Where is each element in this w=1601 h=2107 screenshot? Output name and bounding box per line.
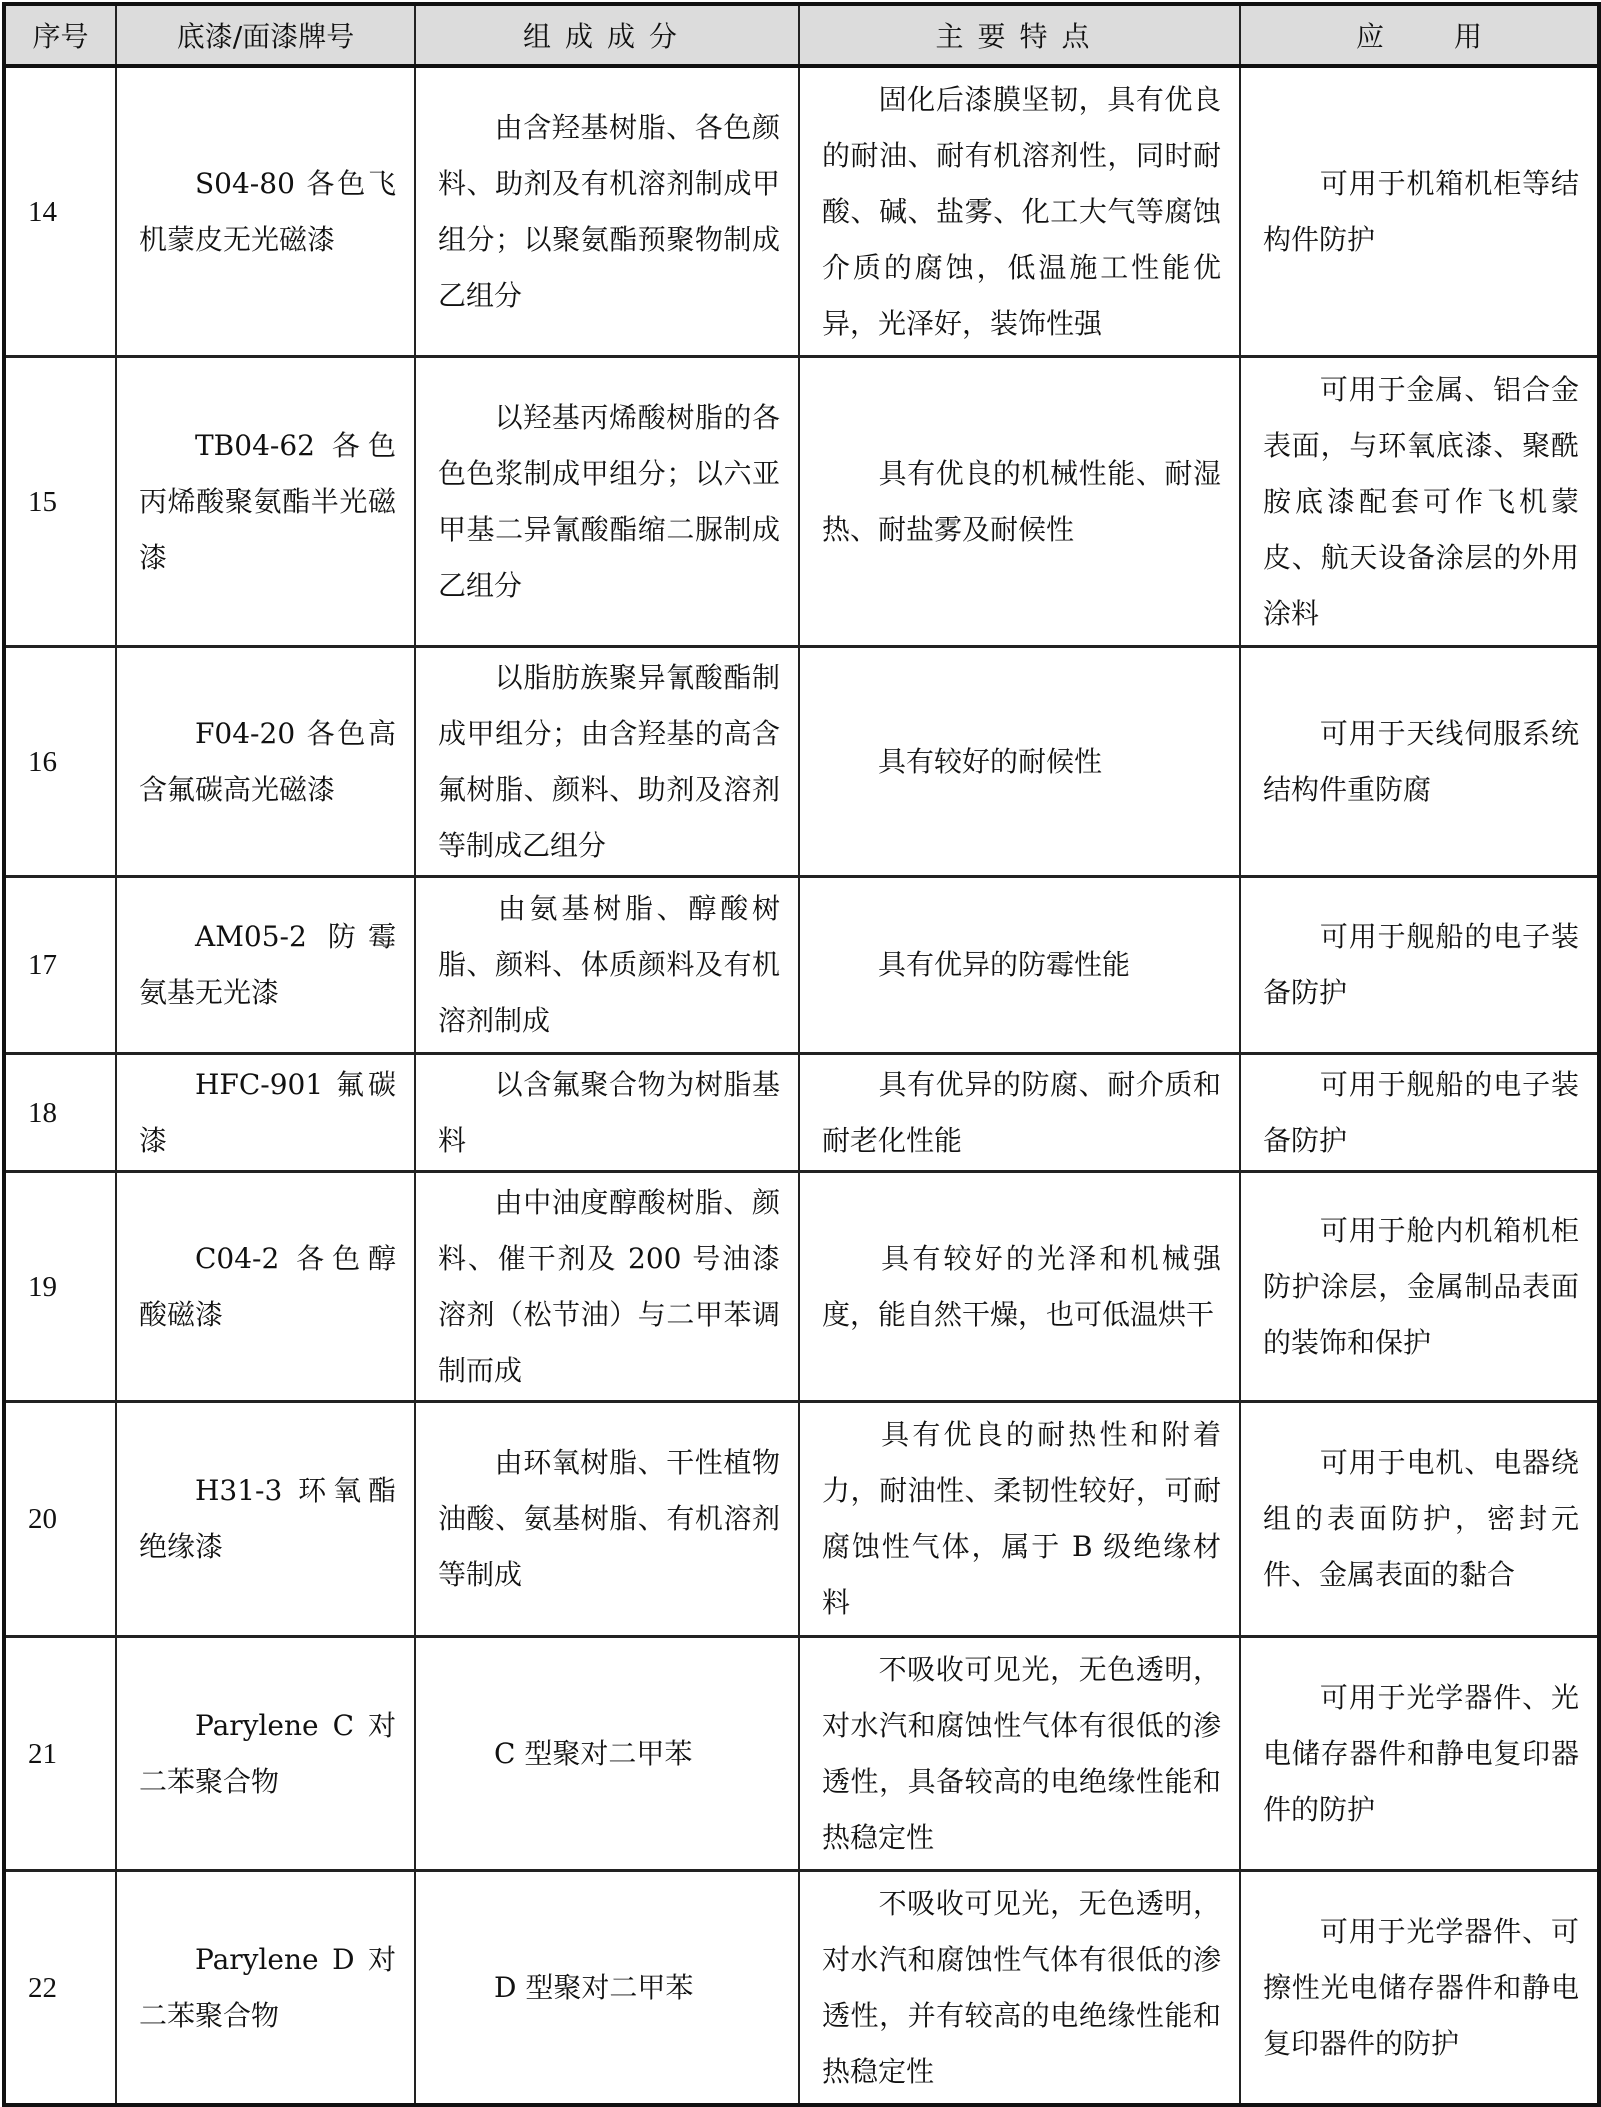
- header-name: 底漆/面漆牌号: [116, 4, 415, 66]
- cell-features: 具有优良的机械性能、耐湿热、耐盐雾及耐候性: [799, 357, 1240, 647]
- cell-application: 可用于金属、铝合金表面，与环氧底漆、聚酰胺底漆配套可作飞机蒙皮、航天设备涂层的外…: [1240, 357, 1599, 647]
- table-row: 16 F04-20 各色高含氟碳高光磁漆 以脂肪族聚异氰酸酯制成甲组分；由含羟基…: [4, 647, 1599, 877]
- cell-name: H31-3 环氧酯绝缘漆: [116, 1402, 415, 1637]
- cell-name: C04-2 各色醇酸磁漆: [116, 1172, 415, 1402]
- cell-features: 固化后漆膜坚韧，具有优良的耐油、耐有机溶剂性，同时耐酸、碱、盐雾、化工大气等腐蚀…: [799, 66, 1240, 357]
- cell-name: Parylene D 对二苯聚合物: [116, 1871, 415, 2106]
- header-row: 序号 底漆/面漆牌号 组成成分 主要特点 应用: [4, 4, 1599, 66]
- cell-name-text: Parylene C 对二苯聚合物: [139, 1709, 396, 1798]
- cell-name-text: Parylene D 对二苯聚合物: [139, 1943, 396, 2032]
- cell-composition: 由含羟基树脂、各色颜料、助剂及有机溶剂制成甲组分；以聚氨酯预聚物制成乙组分: [415, 66, 799, 357]
- header-application: 应用: [1240, 4, 1599, 66]
- cell-no: 22: [4, 1871, 116, 2106]
- cell-name-text: H31-3 环氧酯绝缘漆: [139, 1474, 396, 1563]
- header-features: 主要特点: [799, 4, 1240, 66]
- cell-application-text: 可用于金属、铝合金表面，与环氧底漆、聚酰胺底漆配套可作飞机蒙皮、航天设备涂层的外…: [1263, 373, 1579, 630]
- cell-application-text: 可用于电机、电器绕组的表面防护，密封元件、金属表面的黏合: [1263, 1446, 1579, 1591]
- cell-features-text: 具有优良的耐热性和附着力，耐油性、柔韧性较好，可耐腐蚀性气体，属于 B 级绝缘材…: [822, 1418, 1221, 1619]
- cell-features: 不吸收可见光，无色透明，对水汽和腐蚀性气体有很低的渗透性，具备较高的电绝缘性能和…: [799, 1637, 1240, 1871]
- cell-composition: C 型聚对二甲苯: [415, 1637, 799, 1871]
- cell-application: 可用于舱内机箱机柜防护涂层，金属制品表面的装饰和保护: [1240, 1172, 1599, 1402]
- cell-composition: 由氨基树脂、醇酸树脂、颜料、体质颜料及有机溶剂制成: [415, 877, 799, 1054]
- cell-features-text: 具有优异的防霉性能: [878, 948, 1130, 981]
- cell-application: 可用于天线伺服系统结构件重防腐: [1240, 647, 1599, 877]
- coating-spec-table: 序号 底漆/面漆牌号 组成成分 主要特点 应用 14 S04-80 各色飞机蒙皮…: [2, 2, 1601, 2107]
- cell-features-text: 不吸收可见光，无色透明，对水汽和腐蚀性气体有很低的渗透性，并有较高的电绝缘性能和…: [822, 1887, 1221, 2088]
- cell-application: 可用于电机、电器绕组的表面防护，密封元件、金属表面的黏合: [1240, 1402, 1599, 1637]
- table-header: 序号 底漆/面漆牌号 组成成分 主要特点 应用: [4, 4, 1599, 66]
- cell-application-text: 可用于舰船的电子装备防护: [1263, 1068, 1579, 1157]
- cell-no: 20: [4, 1402, 116, 1637]
- cell-features-text: 具有较好的光泽和机械强度，能自然干燥，也可低温烘干: [822, 1242, 1221, 1331]
- cell-composition-text: 以脂肪族聚异氰酸酯制成甲组分；由含羟基的高含氟树脂、颜料、助剂及溶剂等制成乙组分: [438, 661, 780, 862]
- cell-name-text: HFC-901 氟碳漆: [139, 1068, 396, 1157]
- cell-name: S04-80 各色飞机蒙皮无光磁漆: [116, 66, 415, 357]
- table-row: 21 Parylene C 对二苯聚合物 C 型聚对二甲苯 不吸收可见光，无色透…: [4, 1637, 1599, 1871]
- cell-name-text: S04-80 各色飞机蒙皮无光磁漆: [139, 167, 396, 256]
- cell-composition: 以脂肪族聚异氰酸酯制成甲组分；由含羟基的高含氟树脂、颜料、助剂及溶剂等制成乙组分: [415, 647, 799, 877]
- cell-features: 具有优异的防腐、耐介质和耐老化性能: [799, 1054, 1240, 1172]
- document-page: 序号 底漆/面漆牌号 组成成分 主要特点 应用 14 S04-80 各色飞机蒙皮…: [0, 0, 1601, 2107]
- table-body: 14 S04-80 各色飞机蒙皮无光磁漆 由含羟基树脂、各色颜料、助剂及有机溶剂…: [4, 66, 1599, 2105]
- cell-features: 具有较好的光泽和机械强度，能自然干燥，也可低温烘干: [799, 1172, 1240, 1402]
- cell-application-text: 可用于舱内机箱机柜防护涂层，金属制品表面的装饰和保护: [1263, 1214, 1579, 1359]
- cell-composition-text: 以羟基丙烯酸树脂的各色色浆制成甲组分；以六亚甲基二异氰酸酯缩二脲制成乙组分: [438, 401, 780, 602]
- table-row: 20 H31-3 环氧酯绝缘漆 由环氧树脂、干性植物油酸、氨基树脂、有机溶剂等制…: [4, 1402, 1599, 1637]
- cell-composition: 由中油度醇酸树脂、颜料、催干剂及 200 号油漆溶剂（松节油）与二甲苯调制而成: [415, 1172, 799, 1402]
- cell-features-text: 不吸收可见光，无色透明，对水汽和腐蚀性气体有很低的渗透性，具备较高的电绝缘性能和…: [822, 1653, 1221, 1854]
- cell-composition: 由环氧树脂、干性植物油酸、氨基树脂、有机溶剂等制成: [415, 1402, 799, 1637]
- cell-name-text: F04-20 各色高含氟碳高光磁漆: [139, 717, 396, 806]
- cell-composition-text: 由氨基树脂、醇酸树脂、颜料、体质颜料及有机溶剂制成: [438, 892, 780, 1037]
- table-row: 14 S04-80 各色飞机蒙皮无光磁漆 由含羟基树脂、各色颜料、助剂及有机溶剂…: [4, 66, 1599, 357]
- cell-features-text: 具有优良的机械性能、耐湿热、耐盐雾及耐候性: [822, 457, 1221, 546]
- header-composition: 组成成分: [415, 4, 799, 66]
- cell-application-text: 可用于机箱机柜等结构件防护: [1263, 167, 1579, 256]
- table-row: 15 TB04-62 各色丙烯酸聚氨酯半光磁漆 以羟基丙烯酸树脂的各色色浆制成甲…: [4, 357, 1599, 647]
- cell-composition: 以羟基丙烯酸树脂的各色色浆制成甲组分；以六亚甲基二异氰酸酯缩二脲制成乙组分: [415, 357, 799, 647]
- cell-application: 可用于舰船的电子装备防护: [1240, 877, 1599, 1054]
- cell-no: 14: [4, 66, 116, 357]
- cell-application-text: 可用于光学器件、可擦性光电储存器件和静电复印器件的防护: [1263, 1915, 1579, 2060]
- cell-features: 具有较好的耐候性: [799, 647, 1240, 877]
- header-no: 序号: [4, 4, 116, 66]
- cell-composition-text: D 型聚对二甲苯: [494, 1971, 693, 2004]
- cell-no: 16: [4, 647, 116, 877]
- table-row: 19 C04-2 各色醇酸磁漆 由中油度醇酸树脂、颜料、催干剂及 200 号油漆…: [4, 1172, 1599, 1402]
- cell-features: 不吸收可见光，无色透明，对水汽和腐蚀性气体有很低的渗透性，并有较高的电绝缘性能和…: [799, 1871, 1240, 2106]
- cell-composition-text: 由含羟基树脂、各色颜料、助剂及有机溶剂制成甲组分；以聚氨酯预聚物制成乙组分: [438, 111, 780, 312]
- cell-application: 可用于机箱机柜等结构件防护: [1240, 66, 1599, 357]
- cell-composition-text: C 型聚对二甲苯: [494, 1737, 692, 1770]
- cell-no: 15: [4, 357, 116, 647]
- cell-application: 可用于光学器件、光电储存器件和静电复印器件的防护: [1240, 1637, 1599, 1871]
- table-row: 18 HFC-901 氟碳漆 以含氟聚合物为树脂基料 具有优异的防腐、耐介质和耐…: [4, 1054, 1599, 1172]
- cell-name-text: C04-2 各色醇酸磁漆: [139, 1242, 396, 1331]
- cell-name: Parylene C 对二苯聚合物: [116, 1637, 415, 1871]
- cell-application-text: 可用于舰船的电子装备防护: [1263, 920, 1579, 1009]
- cell-features-text: 具有优异的防腐、耐介质和耐老化性能: [822, 1068, 1221, 1157]
- cell-no: 19: [4, 1172, 116, 1402]
- cell-application: 可用于光学器件、可擦性光电储存器件和静电复印器件的防护: [1240, 1871, 1599, 2106]
- cell-no: 17: [4, 877, 116, 1054]
- cell-name: HFC-901 氟碳漆: [116, 1054, 415, 1172]
- cell-composition-text: 以含氟聚合物为树脂基料: [438, 1068, 780, 1157]
- table-row: 22 Parylene D 对二苯聚合物 D 型聚对二甲苯 不吸收可见光，无色透…: [4, 1871, 1599, 2106]
- cell-no: 21: [4, 1637, 116, 1871]
- cell-name-text: TB04-62 各色丙烯酸聚氨酯半光磁漆: [139, 429, 396, 574]
- cell-name: AM05-2 防霉氨基无光漆: [116, 877, 415, 1054]
- cell-application-text: 可用于天线伺服系统结构件重防腐: [1263, 717, 1579, 806]
- cell-name: TB04-62 各色丙烯酸聚氨酯半光磁漆: [116, 357, 415, 647]
- cell-composition-text: 由环氧树脂、干性植物油酸、氨基树脂、有机溶剂等制成: [438, 1446, 780, 1591]
- cell-features: 具有优异的防霉性能: [799, 877, 1240, 1054]
- cell-composition: D 型聚对二甲苯: [415, 1871, 799, 2106]
- cell-no: 18: [4, 1054, 116, 1172]
- cell-features-text: 具有较好的耐候性: [878, 745, 1102, 778]
- cell-features-text: 固化后漆膜坚韧，具有优良的耐油、耐有机溶剂性，同时耐酸、碱、盐雾、化工大气等腐蚀…: [822, 83, 1221, 340]
- cell-composition: 以含氟聚合物为树脂基料: [415, 1054, 799, 1172]
- cell-application-text: 可用于光学器件、光电储存器件和静电复印器件的防护: [1263, 1681, 1579, 1826]
- cell-name-text: AM05-2 防霉氨基无光漆: [139, 920, 396, 1009]
- table-row: 17 AM05-2 防霉氨基无光漆 由氨基树脂、醇酸树脂、颜料、体质颜料及有机溶…: [4, 877, 1599, 1054]
- cell-application: 可用于舰船的电子装备防护: [1240, 1054, 1599, 1172]
- cell-composition-text: 由中油度醇酸树脂、颜料、催干剂及 200 号油漆溶剂（松节油）与二甲苯调制而成: [438, 1186, 780, 1387]
- cell-features: 具有优良的耐热性和附着力，耐油性、柔韧性较好，可耐腐蚀性气体，属于 B 级绝缘材…: [799, 1402, 1240, 1637]
- cell-name: F04-20 各色高含氟碳高光磁漆: [116, 647, 415, 877]
